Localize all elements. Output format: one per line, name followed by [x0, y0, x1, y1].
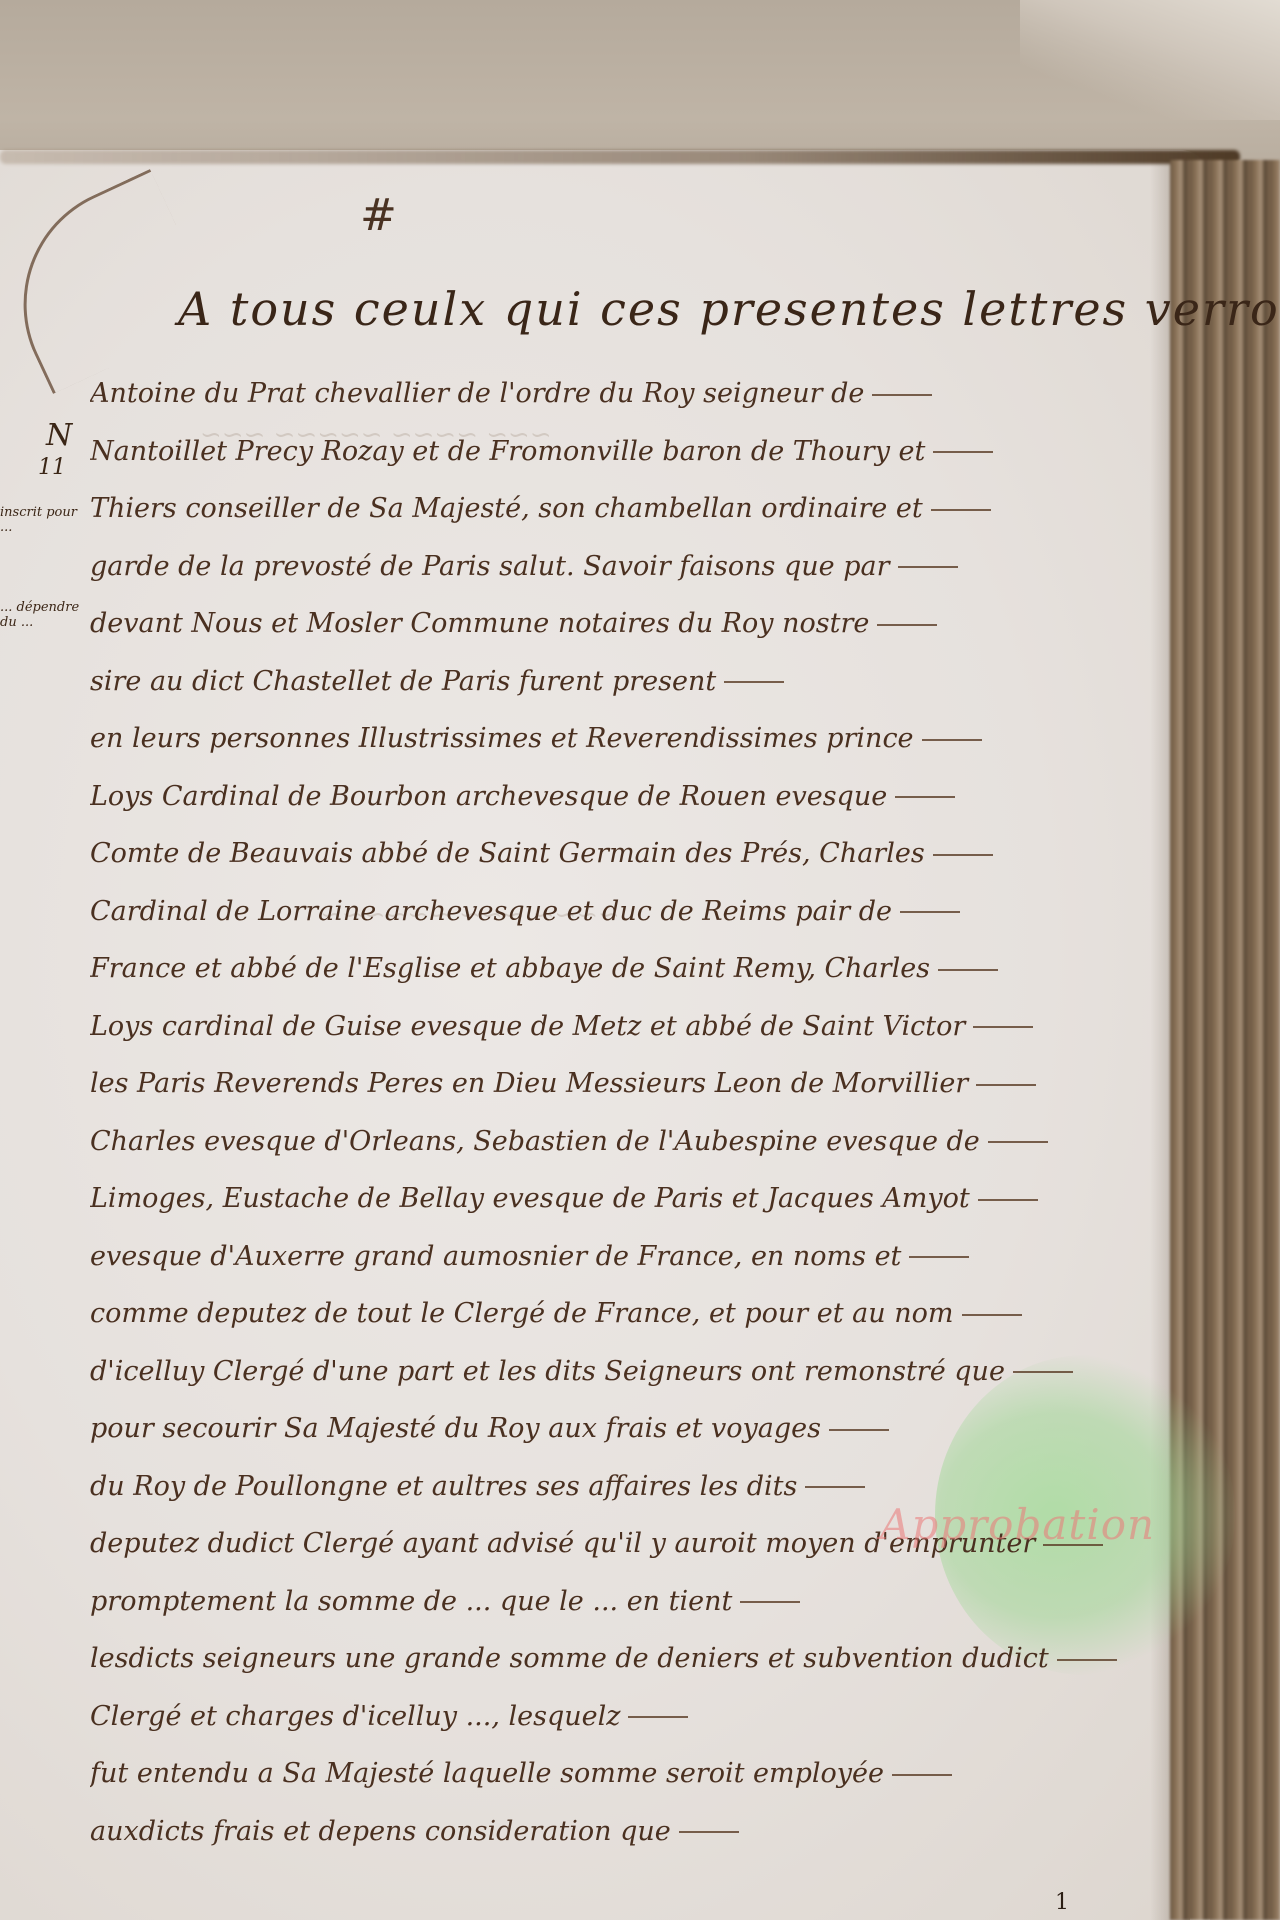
text-line: pour secourir Sa Majesté du Roy aux frai…: [90, 1400, 1170, 1458]
text-line: promptement la somme de ... que le ... e…: [90, 1573, 1170, 1631]
heading-cross-mark: #: [360, 190, 397, 241]
folio-number: 1: [1055, 1890, 1069, 1915]
text-line: Thiers conseiller de Sa Majesté, son cha…: [90, 480, 1170, 538]
text-line: en leurs personnes Illustrissimes et Rev…: [90, 710, 1170, 768]
margin-note: N: [46, 418, 72, 453]
text-line: fut entendu a Sa Majesté laquelle somme …: [90, 1745, 1170, 1803]
page-stack-edge: [1170, 160, 1280, 1920]
text-line: Loys Cardinal de Bourbon archevesque de …: [90, 768, 1170, 826]
text-line: Clergé et charges d'icelluy ..., lesquel…: [90, 1688, 1170, 1746]
text-line: Nantoillet Precy Rozay et de Fromonville…: [90, 423, 1170, 481]
paper-fold: [1020, 0, 1280, 120]
page-top-edge: [0, 150, 1240, 164]
text-line: Comte de Beauvais abbé de Saint Germain …: [90, 825, 1170, 883]
text-line: garde de la prevosté de Paris salut. Sav…: [90, 538, 1170, 596]
text-line: comme deputez de tout le Clergé de Franc…: [90, 1285, 1170, 1343]
approbation-stamp: Approbation: [880, 1500, 1155, 1549]
text-line: auxdicts frais et depens consideration q…: [90, 1803, 1170, 1861]
text-line: les Paris Reverends Peres en Dieu Messie…: [90, 1055, 1170, 1113]
text-line: Charles evesque d'Orleans, Sebastien de …: [90, 1113, 1170, 1171]
text-line: Limoges, Eustache de Bellay evesque de P…: [90, 1170, 1170, 1228]
text-line: evesque d'Auxerre grand aumosnier de Fra…: [90, 1228, 1170, 1286]
text-line: lesdicts seigneurs une grande somme de d…: [90, 1630, 1170, 1688]
text-line: sire au dict Chastellet de Paris furent …: [90, 653, 1170, 711]
opening-formula: A tous ceulx qui ces presentes lettres v…: [178, 282, 1280, 336]
text-line: Loys cardinal de Guise evesque de Metz e…: [90, 998, 1170, 1056]
manuscript-text-body: Antoine du Prat chevallier de l'ordre du…: [90, 365, 1170, 1860]
margin-note: ... dépendre du ...: [0, 600, 88, 630]
margin-note: inscrit pour ...: [0, 505, 88, 535]
margin-note: 11: [38, 455, 66, 480]
text-line: devant Nous et Mosler Commune notaires d…: [90, 595, 1170, 653]
text-line: d'icelluy Clergé d'une part et les dits …: [90, 1343, 1170, 1401]
text-line: Cardinal de Lorraine archevesque et duc …: [90, 883, 1170, 941]
text-line: Antoine du Prat chevallier de l'ordre du…: [90, 365, 1170, 423]
text-line: France et abbé de l'Esglise et abbaye de…: [90, 940, 1170, 998]
background-surface: [0, 0, 1280, 170]
